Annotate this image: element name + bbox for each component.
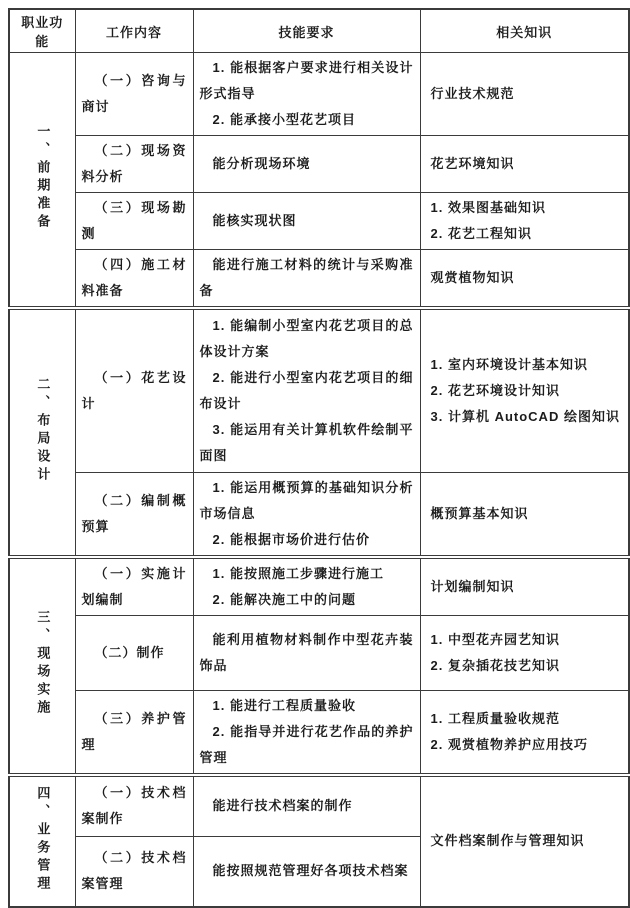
- skill-item: 1. 能进行工程质量验收: [200, 693, 414, 719]
- skill-item: 能核实现状图: [200, 208, 414, 234]
- skill-requirements-cell: 1. 能按照施工步骤进行施工2. 能解决施工中的问题: [193, 557, 420, 616]
- skill-standard-table: 职业功能 工作内容 技能要求 相关知识 一、前期准备（一）咨询与商讨1. 能根据…: [8, 8, 630, 908]
- work-content-label: （二）现场资料分析: [82, 138, 187, 190]
- document-page: 职业功能 工作内容 技能要求 相关知识 一、前期准备（一）咨询与商讨1. 能根据…: [0, 0, 630, 860]
- related-knowledge-cell: 1. 工程质量验收规范2. 观赏植物养护应用技巧: [420, 690, 629, 775]
- related-knowledge-cell: 花艺环境知识: [420, 136, 629, 193]
- related-knowledge-cell: 概预算基本知识: [420, 472, 629, 557]
- table-row: （三）养护管理1. 能进行工程质量验收2. 能指导并进行花艺作品的养护管理1. …: [9, 690, 629, 775]
- header-work-content: 工作内容: [75, 9, 193, 53]
- work-content-cell: （一）技术档案制作: [75, 775, 193, 837]
- work-content-cell: （二）制作: [75, 615, 193, 690]
- work-content-cell: （三）现场勘测: [75, 193, 193, 250]
- skill-item: 2. 能解决施工中的问题: [200, 587, 414, 613]
- work-content-cell: （一）花艺设计: [75, 308, 193, 472]
- knowledge-item: 概预算基本知识: [431, 501, 623, 527]
- skill-item: 2. 能根据市场价进行估价: [200, 527, 414, 553]
- work-content-label: （二）制作: [82, 640, 187, 666]
- header-row: 职业功能 工作内容 技能要求 相关知识: [9, 9, 629, 53]
- knowledge-item: 行业技术规范: [431, 81, 623, 107]
- work-content-label: （一）实施计划编制: [82, 561, 187, 613]
- related-knowledge-cell: 1. 中型花卉园艺知识2. 复杂插花技艺知识: [420, 615, 629, 690]
- table-row: （三）现场勘测能核实现状图1. 效果图基础知识2. 花艺工程知识: [9, 193, 629, 250]
- work-content-cell: （二）技术档案管理: [75, 837, 193, 907]
- knowledge-item: 花艺环境知识: [431, 151, 623, 177]
- skill-requirements-cell: 能进行施工材料的统计与采购准备: [193, 250, 420, 309]
- knowledge-item: 1. 室内环境设计基本知识: [431, 352, 623, 378]
- knowledge-item: 观赏植物知识: [431, 265, 623, 291]
- work-content-cell: （一）咨询与商讨: [75, 53, 193, 136]
- work-content-label: （三）养护管理: [82, 706, 187, 758]
- work-content-label: （一）花艺设计: [82, 365, 187, 417]
- table-row: 一、前期准备（一）咨询与商讨1. 能根据客户要求进行相关设计形式指导2. 能承接…: [9, 53, 629, 136]
- skill-item: 1. 能按照施工步骤进行施工: [200, 561, 414, 587]
- knowledge-item: 文件档案制作与管理知识: [431, 828, 623, 854]
- work-content-label: （二）编制概预算: [82, 488, 187, 540]
- function-cell: 二、布局设计: [9, 308, 75, 557]
- knowledge-item: 2. 花艺工程知识: [431, 221, 623, 247]
- function-label: 四、业务管理: [35, 786, 49, 894]
- skill-item: 2. 能承接小型花艺项目: [200, 107, 414, 133]
- skill-item: 能分析现场环境: [200, 151, 414, 177]
- related-knowledge-cell: 文件档案制作与管理知识: [420, 775, 629, 907]
- skill-item: 2. 能进行小型室内花艺项目的细布设计: [200, 365, 414, 417]
- related-knowledge-cell: 观赏植物知识: [420, 250, 629, 309]
- table-row: （四）施工材料准备能进行施工材料的统计与采购准备观赏植物知识: [9, 250, 629, 309]
- skill-requirements-cell: 能分析现场环境: [193, 136, 420, 193]
- table-row: （二）编制概预算1. 能运用概预算的基础知识分析市场信息2. 能根据市场价进行估…: [9, 472, 629, 557]
- skill-requirements-cell: 能进行技术档案的制作: [193, 775, 420, 837]
- work-content-label: （三）现场勘测: [82, 195, 187, 247]
- skill-requirements-cell: 1. 能编制小型室内花艺项目的总体设计方案2. 能进行小型室内花艺项目的细布设计…: [193, 308, 420, 472]
- work-content-label: （二）技术档案管理: [82, 845, 187, 897]
- skill-item: 1. 能编制小型室内花艺项目的总体设计方案: [200, 313, 414, 365]
- table-body: 一、前期准备（一）咨询与商讨1. 能根据客户要求进行相关设计形式指导2. 能承接…: [9, 53, 629, 907]
- skill-requirements-cell: 能按照规范管理好各项技术档案: [193, 837, 420, 907]
- knowledge-item: 1. 中型花卉园艺知识: [431, 627, 623, 653]
- related-knowledge-cell: 1. 室内环境设计基本知识2. 花艺环境设计知识3. 计算机 AutoCAD 绘…: [420, 308, 629, 472]
- skill-requirements-cell: 能利用植物材料制作中型花卉装饰品: [193, 615, 420, 690]
- table-row: （二）现场资料分析能分析现场环境花艺环境知识: [9, 136, 629, 193]
- skill-item: 3. 能运用有关计算机软件绘制平面图: [200, 417, 414, 469]
- work-content-cell: （二）编制概预算: [75, 472, 193, 557]
- knowledge-item: 计划编制知识: [431, 574, 623, 600]
- header-occupational-function: 职业功能: [9, 9, 75, 53]
- function-cell: 四、业务管理: [9, 775, 75, 907]
- skill-item: 能进行施工材料的统计与采购准备: [200, 252, 414, 304]
- function-cell: 一、前期准备: [9, 53, 75, 309]
- table-row: 三、现场实施（一）实施计划编制1. 能按照施工步骤进行施工2. 能解决施工中的问…: [9, 557, 629, 616]
- knowledge-item: 2. 花艺环境设计知识: [431, 378, 623, 404]
- work-content-cell: （二）现场资料分析: [75, 136, 193, 193]
- skill-requirements-cell: 能核实现状图: [193, 193, 420, 250]
- table-row: 二、布局设计（一）花艺设计1. 能编制小型室内花艺项目的总体设计方案2. 能进行…: [9, 308, 629, 472]
- function-cell: 三、现场实施: [9, 557, 75, 775]
- knowledge-item: 2. 复杂插花技艺知识: [431, 653, 623, 679]
- skill-item: 能利用植物材料制作中型花卉装饰品: [200, 627, 414, 679]
- knowledge-item: 1. 工程质量验收规范: [431, 706, 623, 732]
- work-content-cell: （三）养护管理: [75, 690, 193, 775]
- table-row: （二）制作能利用植物材料制作中型花卉装饰品1. 中型花卉园艺知识2. 复杂插花技…: [9, 615, 629, 690]
- header-related-knowledge: 相关知识: [420, 9, 629, 53]
- work-content-label: （一）咨询与商讨: [82, 68, 187, 120]
- work-content-cell: （一）实施计划编制: [75, 557, 193, 616]
- function-label: 三、现场实施: [35, 610, 49, 718]
- function-label: 二、布局设计: [35, 377, 49, 485]
- skill-item: 1. 能运用概预算的基础知识分析市场信息: [200, 475, 414, 527]
- skill-requirements-cell: 1. 能根据客户要求进行相关设计形式指导2. 能承接小型花艺项目: [193, 53, 420, 136]
- related-knowledge-cell: 1. 效果图基础知识2. 花艺工程知识: [420, 193, 629, 250]
- work-content-label: （四）施工材料准备: [82, 252, 187, 304]
- skill-requirements-cell: 1. 能运用概预算的基础知识分析市场信息2. 能根据市场价进行估价: [193, 472, 420, 557]
- function-label: 一、前期准备: [35, 124, 49, 232]
- skill-item: 2. 能指导并进行花艺作品的养护管理: [200, 719, 414, 771]
- knowledge-item: 3. 计算机 AutoCAD 绘图知识: [431, 404, 623, 430]
- skill-requirements-cell: 1. 能进行工程质量验收2. 能指导并进行花艺作品的养护管理: [193, 690, 420, 775]
- skill-item: 1. 能根据客户要求进行相关设计形式指导: [200, 55, 414, 107]
- work-content-cell: （四）施工材料准备: [75, 250, 193, 309]
- table-header: 职业功能 工作内容 技能要求 相关知识: [9, 9, 629, 53]
- work-content-label: （一）技术档案制作: [82, 780, 187, 832]
- knowledge-item: 1. 效果图基础知识: [431, 195, 623, 221]
- related-knowledge-cell: 计划编制知识: [420, 557, 629, 616]
- header-skill-requirements: 技能要求: [193, 9, 420, 53]
- skill-item: 能进行技术档案的制作: [200, 793, 414, 819]
- related-knowledge-cell: 行业技术规范: [420, 53, 629, 136]
- knowledge-item: 2. 观赏植物养护应用技巧: [431, 732, 623, 758]
- skill-item: 能按照规范管理好各项技术档案: [200, 858, 414, 884]
- table-row: 四、业务管理（一）技术档案制作能进行技术档案的制作文件档案制作与管理知识: [9, 775, 629, 837]
